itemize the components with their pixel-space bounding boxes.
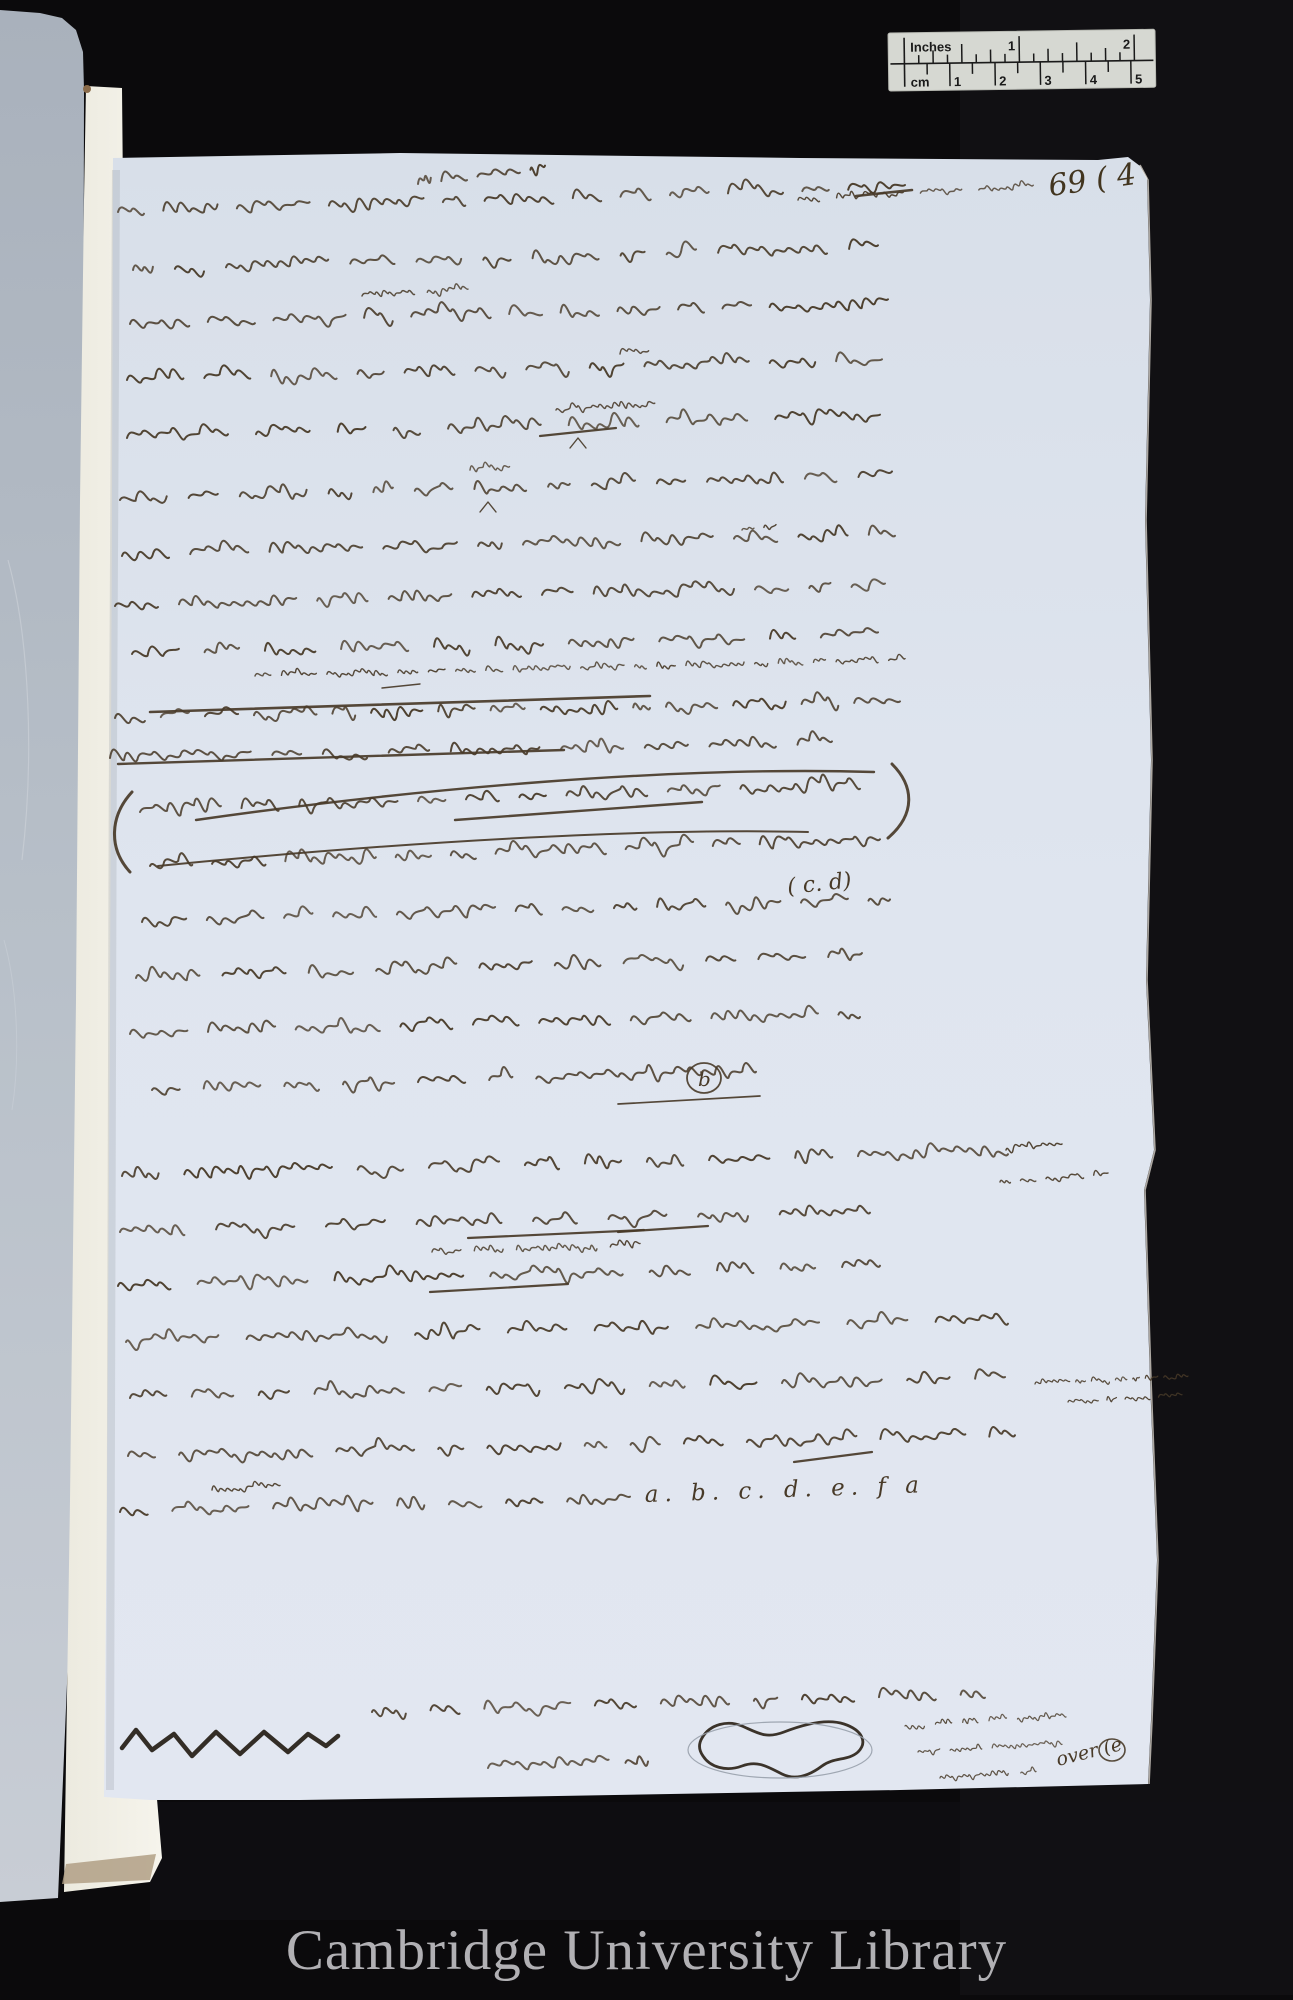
ruler-cm-number: 2	[999, 73, 1006, 88]
backdrop-light-patch-bottom	[150, 1802, 1293, 1920]
photograph-stage: 69 ( 4 ( c. d) b a. b. c. d. e. f a over…	[0, 0, 1293, 2000]
photo-scene: 69 ( 4 ( c. d) b a. b. c. d. e. f a over…	[0, 0, 1293, 2000]
ruler-cm-number: 1	[954, 74, 961, 89]
ruler-inches-label: Inches	[910, 39, 951, 55]
manuscript-page	[104, 153, 1157, 1800]
ruler: Inches cm 1212345	[888, 29, 1156, 91]
ruler-zero-mark	[904, 38, 905, 87]
ruler-cm-label: cm	[911, 74, 930, 89]
ruler-cm-number: 3	[1044, 73, 1051, 88]
ruler-inch-number: 1	[1008, 38, 1015, 53]
circled-b-letter: b	[698, 1067, 711, 1091]
paper-speck	[83, 85, 91, 93]
library-watermark: Cambridge University Library	[0, 1918, 1293, 1983]
ruler-cm-number: 5	[1135, 71, 1142, 86]
ruler-inch-number: 2	[1123, 37, 1130, 52]
ruler-cm-number: 4	[1090, 72, 1098, 87]
